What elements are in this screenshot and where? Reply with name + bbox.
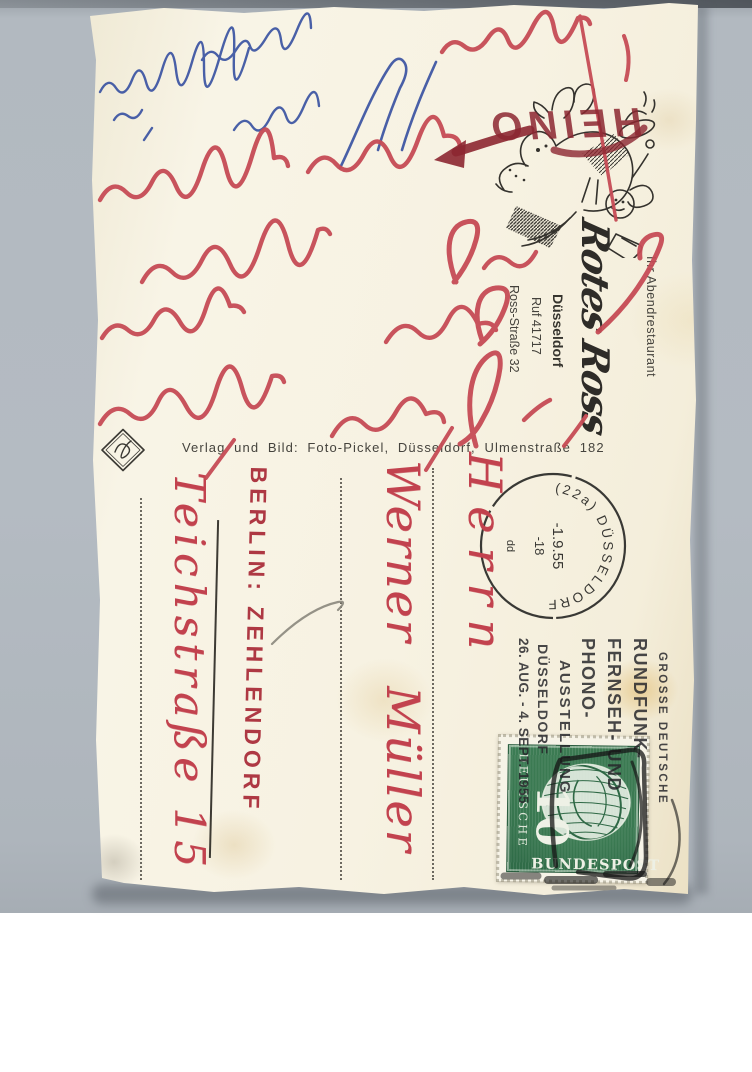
address-city: BERLIN: ZEHLENDORF: [219, 466, 272, 883]
card-edge-shadow: [694, 4, 708, 894]
postcard-back: Rotes Ross Ihr Abendrestaurant Düsseldor…: [84, 0, 700, 898]
scanned-postcard-page: Rotes Ross Ihr Abendrestaurant Düsseldor…: [0, 0, 752, 1072]
postmark-date: -1.9.55: [549, 523, 566, 570]
restaurant-phone: Ruf 41717: [528, 297, 543, 373]
arrow-head-icon: [434, 140, 466, 168]
restaurant-city: Düsseldorf: [548, 294, 566, 378]
diamond-monogram-icon: [100, 428, 146, 472]
chef-serving-horse-icon: [486, 58, 656, 258]
blue-message-strokes: [100, 13, 436, 168]
slogan-line: FERNSEH- UND: [601, 638, 627, 888]
address-line-rule: [432, 468, 434, 880]
postmark-hour: -18: [532, 537, 547, 556]
address-name: Werner Müller: [322, 460, 430, 880]
slogan-line: AUSSTELLUNG: [553, 660, 575, 888]
slogan-line: PHONO-: [575, 638, 601, 888]
restaurant-illustration: [486, 58, 656, 258]
slogan-line: DÜSSELDORF: [533, 644, 553, 888]
restaurant-tagline: Ihr Abendrestaurant: [636, 256, 658, 406]
address-salutation: Herrn: [440, 452, 512, 742]
slogan-line: 26. AUG. - 4. SEPT. 1955: [513, 638, 533, 888]
slogan-line: GROSSE DEUTSCHE: [653, 652, 670, 888]
restaurant-street: Ross-Straße 32: [506, 285, 521, 391]
publisher-credit-line: Verlag und Bild: Foto-Pickel, Düsseldorf…: [182, 440, 642, 455]
slogan-line: RUNDFUNK-: [627, 638, 653, 888]
address-street: Teichstraße 15: [128, 472, 214, 878]
publisher-logo: [100, 428, 146, 472]
